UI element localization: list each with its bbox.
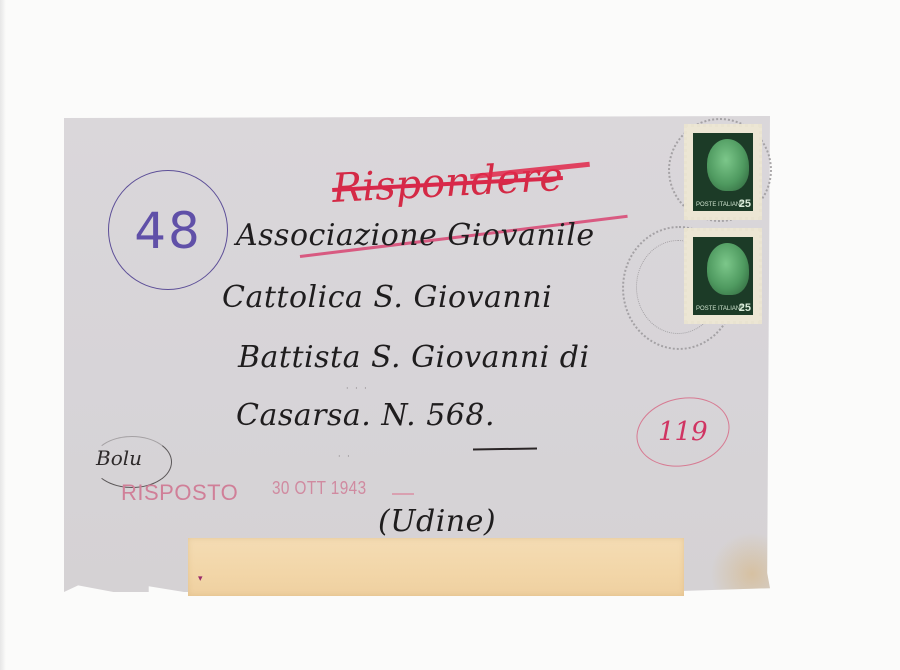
- tape-strip: ▾: [188, 538, 684, 596]
- address-line-2: Cattolica S. Giovanni: [222, 280, 552, 315]
- stamp-design: POSTE ITALIANE 25: [693, 237, 753, 315]
- stain: [710, 532, 770, 592]
- pencil-note: Bolu: [96, 446, 142, 470]
- tape-mark: ▾: [198, 574, 203, 584]
- king-portrait-icon: [707, 243, 749, 295]
- address-line-3: Battista S. Giovanni di: [238, 340, 590, 375]
- reply-stamp-dash: [392, 493, 414, 495]
- scan-edge: [0, 0, 6, 670]
- reply-stamp-date: 30 OTT 1943: [272, 478, 367, 499]
- postage-stamp: POSTE ITALIANE 25: [684, 228, 762, 324]
- registry-number-circle: 48: [108, 170, 228, 290]
- stamp-value: 25: [739, 302, 751, 314]
- reply-stamp-label: RISPOSTO: [121, 480, 238, 506]
- king-portrait-icon: [707, 139, 749, 191]
- stamp-design: POSTE ITALIANE 25: [693, 133, 753, 211]
- address-line-1: Associazione Giovanile: [236, 218, 595, 253]
- stamp-value: 25: [739, 198, 751, 210]
- ink-speck: · ·: [338, 452, 352, 461]
- registry-number: 48: [134, 202, 202, 260]
- postage-stamp: POSTE ITALIANE 25: [684, 124, 762, 220]
- address-line-4: Casarsa. N. 568.: [236, 398, 495, 433]
- address-line-5: (Udine): [378, 504, 496, 539]
- red-number: 119: [658, 417, 708, 447]
- ink-speck: · · ·: [346, 384, 369, 393]
